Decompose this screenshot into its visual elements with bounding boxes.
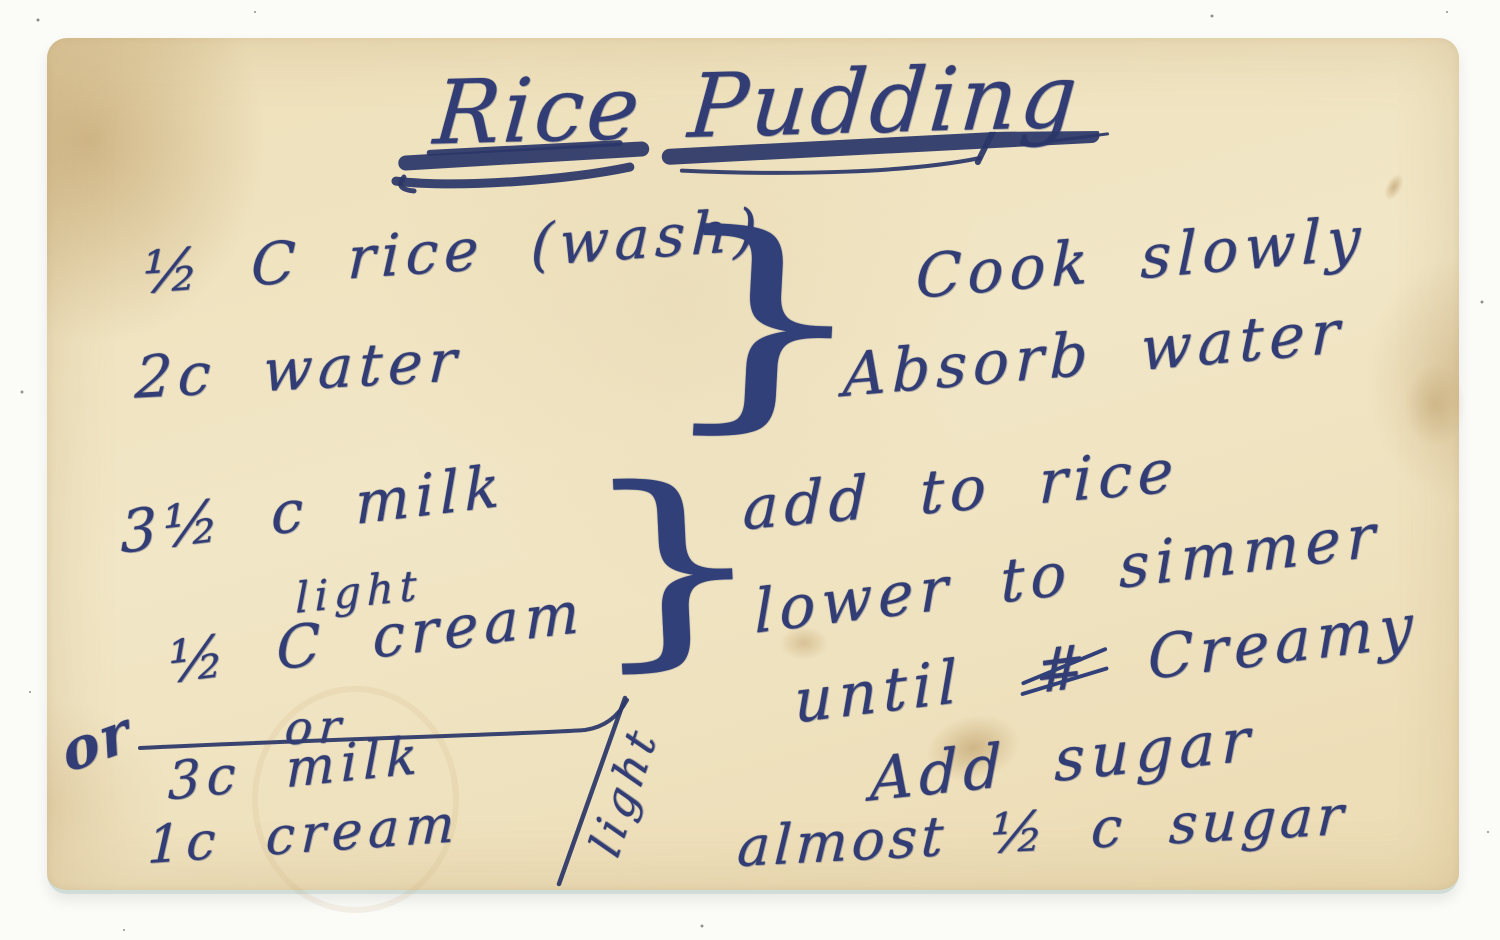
stain-spot [1378,168,1410,206]
instruction-line-absorb-water: Absorb water [842,298,1346,411]
instruction-line-almost-sugar: almost ½ c sugar [736,784,1349,879]
ingredient-line-milk: 3½ c milk [120,452,506,566]
scan-background: Rice Pudding ½ C rice (wash) 2c water } … [0,0,1500,940]
or-label: or [55,699,137,786]
recipe-card: Rice Pudding ½ C rice (wash) 2c water } … [47,38,1459,894]
struck-hash-mark: # [1035,632,1092,708]
stain-spot [1399,356,1471,454]
creamy-word: Creamy [1147,590,1419,694]
ingredient-line-water: 2c water [133,327,463,411]
